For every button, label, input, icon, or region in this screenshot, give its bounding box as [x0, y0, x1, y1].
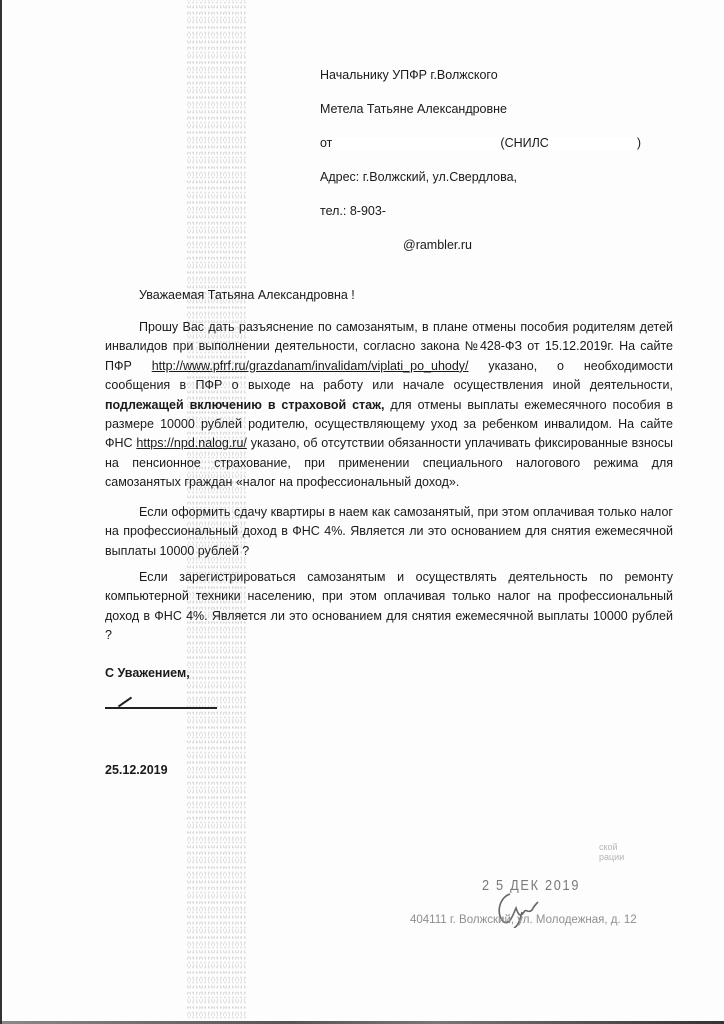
- closing: С Уважением,: [105, 666, 190, 680]
- p1-bold: подлежащей включению в страховой стаж,: [105, 398, 384, 412]
- sender-phone: тел.: 8-903-: [320, 204, 386, 218]
- signature-line: [105, 707, 217, 709]
- recipient-title: Начальнику УПФР г.Волжского: [320, 68, 498, 82]
- snils-label: (СНИЛС: [500, 136, 548, 150]
- fns-link[interactable]: https://npd.nalog.ru/: [136, 436, 247, 450]
- stamp-faint-text-2: рации: [599, 852, 624, 862]
- sender-address: Адрес: г.Волжский, ул.Свердлова,: [320, 170, 517, 184]
- from-label: от: [320, 136, 332, 150]
- sender-email: @rambler.ru: [403, 238, 472, 252]
- paragraph-request: Прошу Вас дать разъяснение по самозаняты…: [105, 318, 673, 493]
- redacted-snils: [549, 138, 637, 150]
- snils-close: ): [637, 136, 641, 150]
- scanned-letter-page: Начальнику УПФР г.Волжского Метела Татья…: [0, 0, 724, 1024]
- letter-date: 25.12.2019: [105, 763, 168, 777]
- greeting: Уважаемая Татьяна Александровна !: [139, 288, 355, 302]
- sender-line: от(СНИЛС): [320, 136, 641, 150]
- recipient-name: Метела Татьяне Александровне: [320, 102, 507, 116]
- stamp-address: 404111 г. Волжский, ул. Молодежная, д. 1…: [410, 914, 637, 926]
- pfr-link[interactable]: http://www.pfrf.ru/grazdanam/invalidam/v…: [152, 359, 469, 373]
- redacted-name: [332, 138, 500, 150]
- paragraph-question-rent: Если оформить сдачу квартиры в наем как …: [105, 503, 673, 561]
- stamp-faint-text-1: ской: [599, 842, 618, 852]
- signature-mark: [118, 697, 132, 708]
- paragraph-question-repair: Если зарегистрироваться самозанятым и ос…: [105, 568, 673, 646]
